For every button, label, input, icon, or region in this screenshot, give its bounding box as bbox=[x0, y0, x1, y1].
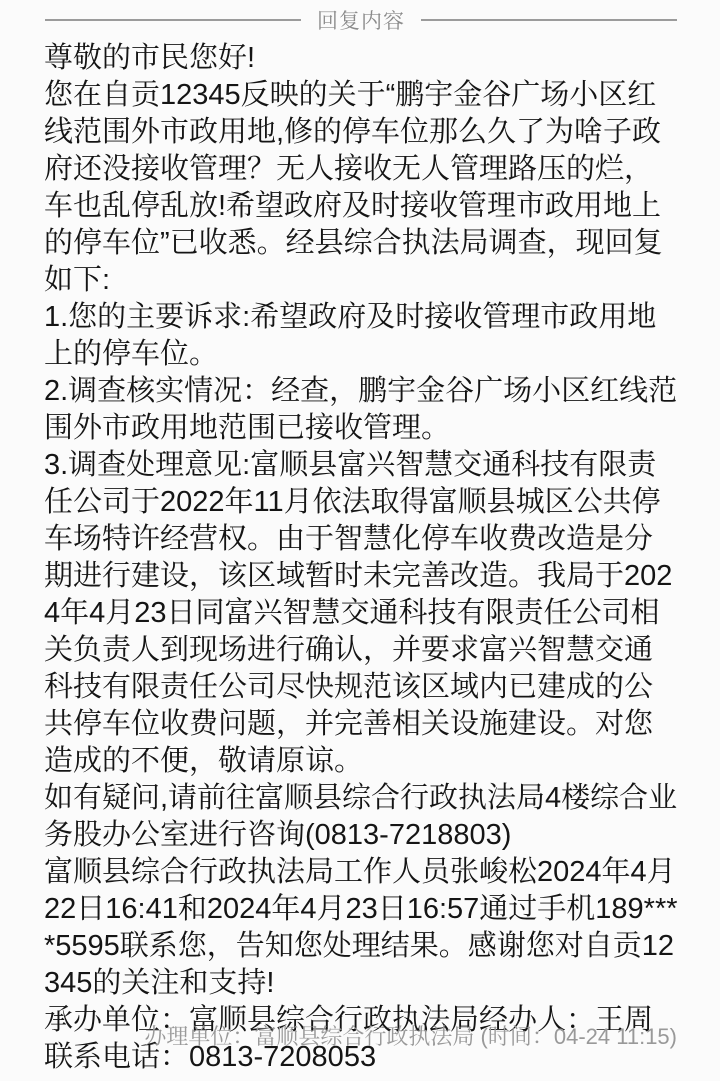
reply-paragraph-investigation: 2.调查核实情况：经查，鹏宇金谷广场小区红线范围外市政用地范围已接收管理。 bbox=[44, 373, 680, 447]
reply-header: 回复内容 bbox=[0, 0, 720, 32]
reply-page: 回复内容 尊敬的市民您好! 您在自贡12345反映的关于“鹏宇金谷广场小区红线范… bbox=[0, 0, 720, 1081]
reply-paragraph-greeting: 尊敬的市民您好! bbox=[44, 40, 680, 77]
footer-text: 办理单位：富顺县综合行政执法局 (时间：04-24 11:15) bbox=[144, 1024, 677, 1049]
reply-paragraph-complaint-summary: 您在自贡12345反映的关于“鹏宇金谷广场小区红线范围外市政用地,修的停车位那么… bbox=[44, 77, 680, 299]
reply-paragraph-handling-opinion: 3.调查处理意见:富顺县富兴智慧交通科技有限责任公司于2022年11月依法取得富… bbox=[44, 447, 680, 780]
reply-paragraph-main-request: 1.您的主要诉求:希望政府及时接收管理市政用地上的停车位。 bbox=[44, 299, 680, 373]
header-divider-right bbox=[421, 19, 677, 21]
reply-paragraph-inquiry-info: 如有疑问,请前往富顺县综合行政执法局4楼综合业务股办公室进行咨询(0813-72… bbox=[44, 780, 680, 854]
header-divider-left bbox=[45, 19, 301, 21]
reply-body: 尊敬的市民您好! 您在自贡12345反映的关于“鹏宇金谷广场小区红线范围外市政用… bbox=[0, 32, 720, 1076]
reply-section-title: 回复内容 bbox=[301, 5, 421, 35]
handling-unit-footer: 办理单位：富顺县综合行政执法局 (时间：04-24 11:15) bbox=[144, 1024, 677, 1050]
reply-paragraph-contact-record: 富顺县综合行政执法局工作人员张峻松2024年4月22日16:41和2024年4月… bbox=[44, 854, 680, 1002]
